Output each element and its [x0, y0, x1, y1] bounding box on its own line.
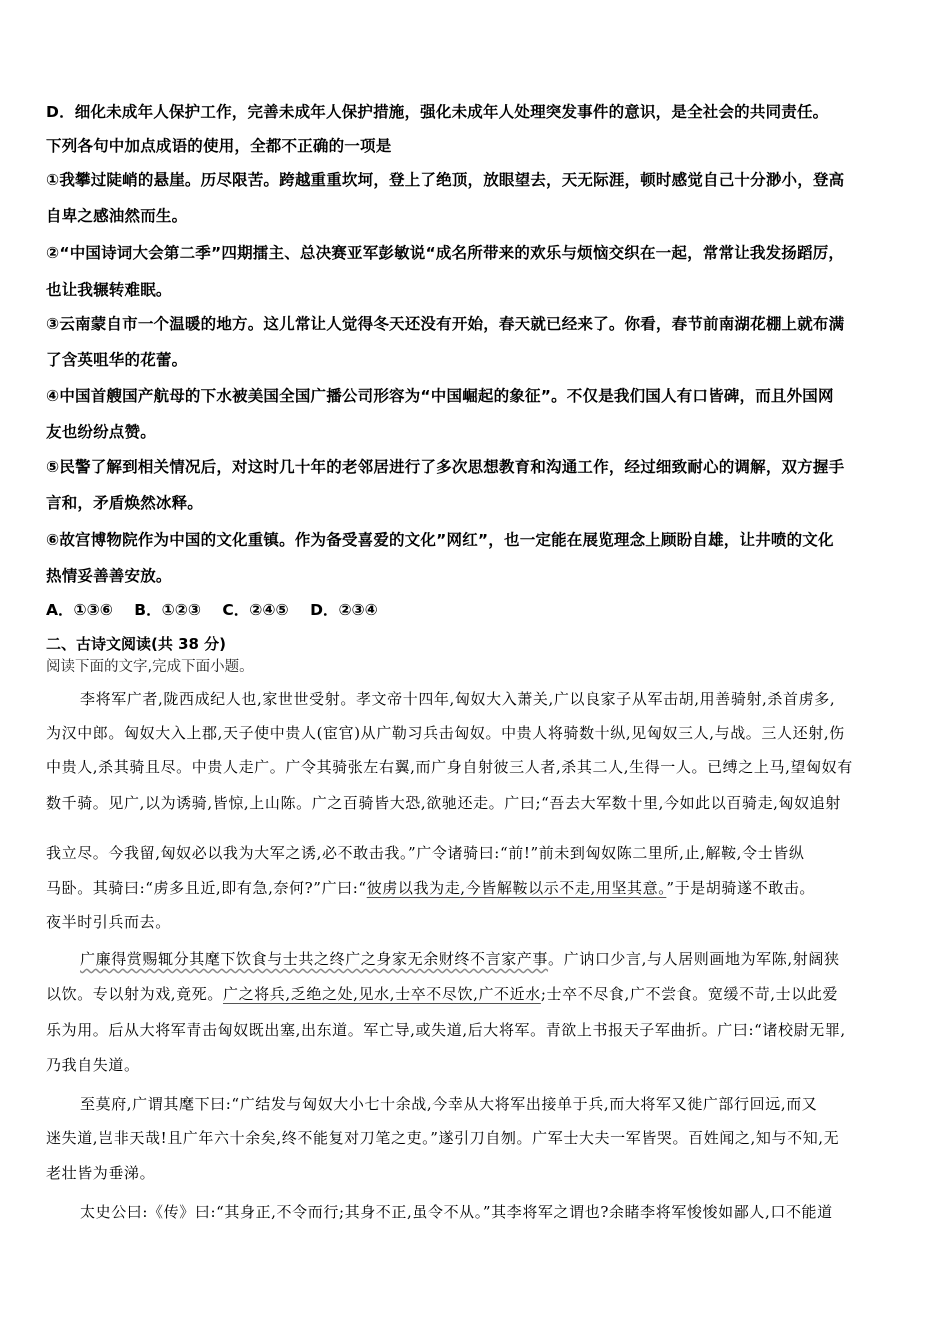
choice-c-value: ②④⑤: [249, 601, 288, 619]
passage-p1-line7: 夜半时引兵而去。: [46, 912, 906, 932]
passage-p1-line1: 李将军广者,陇西成纪人也,家世世受射。孝文帝十四年,匈奴大入萧关,广以良家子从军…: [46, 689, 940, 709]
passage-p4-line1: 太史公曰:《传》曰:“其身正,不令而行;其身不正,虽令不从。”其李将军之谓也?余…: [46, 1202, 940, 1222]
passage-p1-line3: 中贵人,杀其骑且尽。中贵人走广。广令其骑张左右翼,而广身自射彼三人者,杀其二人,…: [46, 757, 906, 777]
idiom-item-3-line2: 了含英咀华的花蕾。: [46, 350, 906, 370]
passage-p3-line3: 老壮皆为垂涕。: [46, 1163, 906, 1183]
passage-p2-line1-post: 。广讷口少言,与人居则画地为军陈,射阔狭: [548, 950, 840, 968]
idiom-item-1-line2: 自卑之感油然而生。: [46, 206, 906, 226]
choice-d-value: ②③④: [338, 601, 377, 619]
choice-a: A．①③⑥: [46, 601, 113, 619]
passage-p3-line1: 至莫府,广谓其麾下曰:“广结发与匈奴大小七十余战,今幸从大将军出接单于兵,而大将…: [46, 1094, 940, 1114]
idiom-item-5-line2: 言和，矛盾焕然冰释。: [46, 493, 906, 513]
wavy-underlined-sentence: 广廉得赏赐辄分其麾下饮食与士共之终广之身家无余财终不言家产事: [80, 950, 548, 968]
underlined-sentence-2: 广之将兵,乏绝之处,见水,士卒不尽饮,广不近水: [223, 985, 541, 1003]
passage-p2-line3: 乐为用。后从大将军青击匈奴既出塞,出东道。军亡导,或失道,后大将军。青欲上书报天…: [46, 1020, 906, 1040]
choice-a-value: ①③⑥: [74, 601, 113, 619]
idiom-item-2-line1: ②“中国诗词大会第二季”四期擂主、总决赛亚军彭敏说“成名所带来的欢乐与烦恼交织在…: [46, 243, 906, 263]
idiom-item-6-line2: 热情妥善善安放。: [46, 566, 906, 586]
passage-p1-line6-pre: 马卧。其骑曰:“虏多且近,即有急,奈何?”广曰:“: [46, 879, 367, 897]
choice-b-label: B．: [134, 601, 161, 619]
passage-p2-line2-post: ;士卒不尽食,广不尝食。宽缓不苛,士以此爱: [541, 985, 838, 1003]
idiom-item-4-line2: 友也纷纷点赞。: [46, 422, 906, 442]
idiom-question-stem: 下列各句中加点成语的使用，全都不正确的一项是: [46, 136, 906, 156]
choice-c: C．②④⑤: [222, 601, 288, 619]
idiom-item-5-line1: ⑤民警了解到相关情况后，对这时几十年的老邻居进行了多次思想教育和沟通工作，经过细…: [46, 457, 906, 477]
section-instruction: 阅读下面的文字,完成下面小题。: [46, 657, 254, 677]
passage-p1-line2: 为汉中郎。匈奴大入上郡,天子使中贵人(宦官)从广勒习兵击匈奴。中贵人将骑数十纵,…: [46, 723, 906, 743]
passage-p2-line2-pre: 以饮。专以射为戏,竟死。: [46, 985, 223, 1003]
passage-p2-line4: 乃我自失道。: [46, 1055, 906, 1075]
passage-p3-line2: 迷失道,岂非天哉!且广年六十余矣,终不能复对刀笔之吏。”遂引刀自刎。广军士大夫一…: [46, 1128, 906, 1148]
idiom-item-3-line1: ③云南蒙自市一个温暖的地方。这儿常让人觉得冬天还没有开始，春天就已经来了。你看，…: [46, 314, 906, 334]
answer-choices: A．①③⑥ B．①②③ C．②④⑤ D．②③④: [46, 600, 394, 620]
passage-p2-line2: 以饮。专以射为戏,竟死。广之将兵,乏绝之处,见水,士卒不尽饮,广不近水;士卒不尽…: [46, 984, 906, 1004]
idiom-item-2-line2: 也让我辗转难眠。: [46, 280, 906, 300]
passage-p1-line4: 数千骑。见广,以为诱骑,皆惊,上山陈。广之百骑皆大恐,欲驰还走。广曰;“吾去大军…: [46, 793, 906, 813]
idiom-item-4-line1: ④中国首艘国产航母的下水被美国全国广播公司形容为“中国崛起的象征”。不仅是我们国…: [46, 386, 906, 406]
idiom-item-1-line1: ①我攀过陡峭的悬崖。历尽限苦。跨越重重坎坷，登上了绝顶，放眼望去，天无际涯，顿时…: [46, 170, 906, 190]
section-title: 二、古诗文阅读(共 38 分): [46, 634, 226, 654]
choice-d-label: D．: [310, 601, 338, 619]
choice-c-label: C．: [222, 601, 249, 619]
passage-p1-line5: 我立尽。今我留,匈奴必以我为大军之诱,必不敢击我。”广令诸骑曰:“前!”前未到匈…: [46, 843, 906, 863]
choice-b: B．①②③: [134, 601, 201, 619]
choice-a-label: A．: [46, 601, 74, 619]
choice-b-value: ①②③: [162, 601, 201, 619]
prev-question-option-d: D．细化未成年人保护工作，完善未成年人保护措施，强化未成年人处理突发事件的意识，…: [46, 102, 906, 122]
choice-d: D．②③④: [310, 601, 378, 619]
passage-p2-line1: 广廉得赏赐辄分其麾下饮食与士共之终广之身家无余财终不言家产事。广讷口少言,与人居…: [46, 949, 940, 969]
underlined-sentence-1: 彼虏以我为走,今皆解鞍以示不走,用坚其意。: [367, 879, 667, 897]
idiom-item-6-line1: ⑥故宫博物院作为中国的文化重镇。作为备受喜爱的文化”网红”，也一定能在展览理念上…: [46, 530, 906, 550]
passage-p1-line6: 马卧。其骑曰:“虏多且近,即有急,奈何?”广曰:“彼虏以我为走,今皆解鞍以示不走…: [46, 878, 906, 898]
passage-p1-line6-post: ”于是胡骑遂不敢击。: [666, 879, 815, 897]
